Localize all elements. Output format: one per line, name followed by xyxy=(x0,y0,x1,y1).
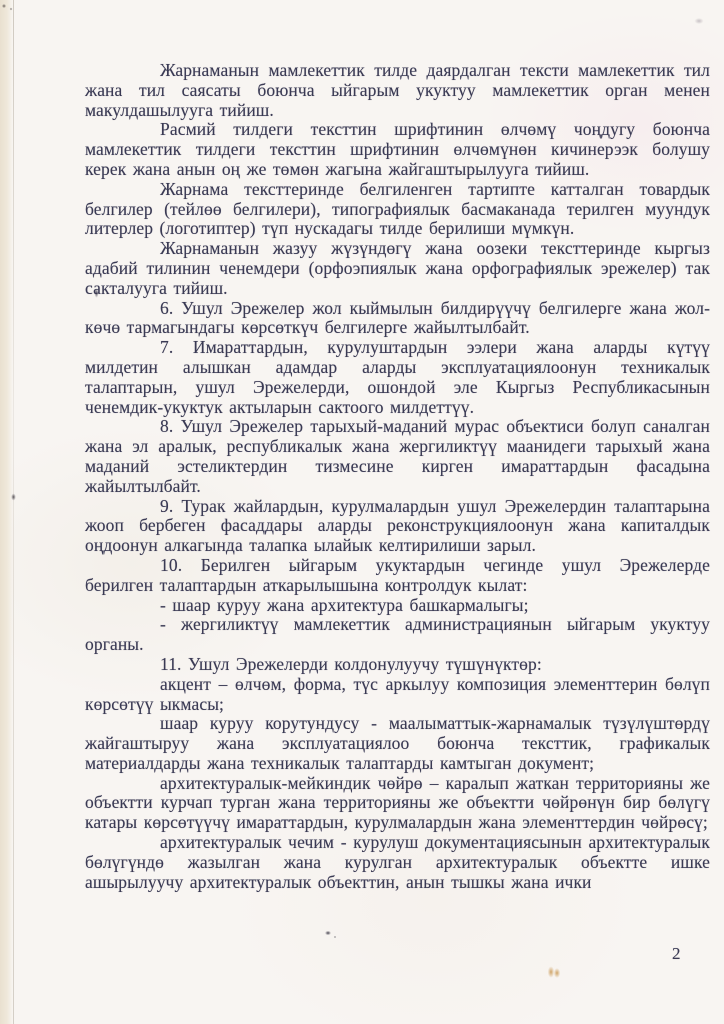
paragraph-16: архитектуралык чечим - курулуш документа… xyxy=(85,833,710,892)
paragraph-8: 9. Турак жайлардын, курулмалардын ушул Э… xyxy=(85,497,710,556)
top-right-smudge xyxy=(692,16,706,26)
paper-stain xyxy=(546,964,563,981)
paragraph-1: Жарнаманын мамлекеттик тилде даярдалган … xyxy=(85,61,710,120)
margin-ink-speck xyxy=(10,492,17,502)
paragraph-2: Расмий тилдеги тексттин шрифтинин өлчөмү… xyxy=(85,120,710,179)
document-text-block: Жарнаманын мамлекеттик тилде даярдалган … xyxy=(85,61,710,892)
paragraph-9: 10. Берилген ыйгарым укуктардын чегинде … xyxy=(85,556,710,596)
corner-ink-smudge xyxy=(2,3,14,12)
paragraph-15: архитектуралык-мейкиндик чөйрө – каралып… xyxy=(85,774,710,833)
paragraph-3: Жарнама тексттеринде белгиленген тартипт… xyxy=(85,180,710,239)
scanned-document-page: Жарнаманын мамлекеттик тилде даярдалган … xyxy=(0,0,724,1024)
scan-crease-line xyxy=(13,0,14,1024)
paragraph-14: шаар куруу корутундусу - маалыматтык-жар… xyxy=(85,714,710,773)
paragraph-5: 6. Ушул Эрежелер жол кыймылын билдирүүчү… xyxy=(85,299,710,339)
page-number: 2 xyxy=(672,944,681,964)
ink-dot xyxy=(324,929,338,939)
paragraph-6: 7. Имараттардын, курулуштардын ээлери жа… xyxy=(85,338,710,417)
paragraph-11: - жергиликтүү мамлекеттик администрациян… xyxy=(85,615,710,655)
page-left-edge-strip xyxy=(0,0,13,1024)
paragraph-12: 11. Ушул Эрежелерди колдонулуучу түшүнүк… xyxy=(85,655,710,675)
paragraph-7: 8. Ушул Эрежелер тарыхый-маданий мурас о… xyxy=(85,417,710,496)
paragraph-10: - шаар куруу жана архитектура башкармалы… xyxy=(85,596,710,616)
paragraph-13: акцент – өлчөм, форма, түс аркылуу компо… xyxy=(85,675,710,715)
paragraph-4: Жарнаманын жазуу жүзүндөгү жана оозеки т… xyxy=(85,239,710,298)
